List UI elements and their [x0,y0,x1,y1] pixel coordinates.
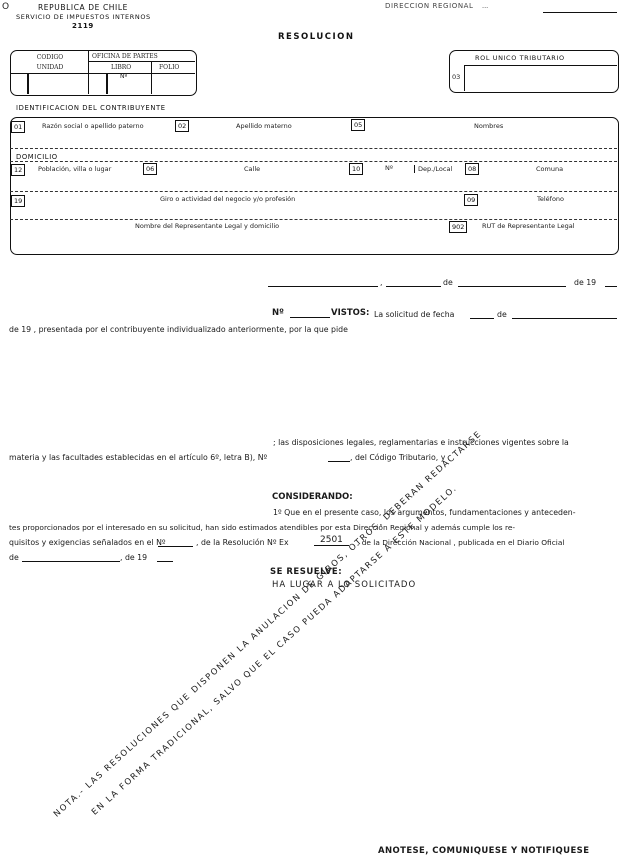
code-19: 19 [11,195,25,207]
code-02: 02 [175,120,189,132]
vistos-line-1: La solicitud de fecha [374,310,454,319]
rut-code: 03 [452,73,460,81]
pide-input[interactable] [9,340,617,430]
code-08: 08 [465,163,479,175]
razon-social-label: Razón social o apellido paterno [42,122,144,130]
oficina-partes-label: OFICINA DE PARTES [92,53,158,60]
domicilio-title: DOMICILIO [16,153,58,161]
diario-year-field[interactable] [157,561,173,562]
solicitud-day-field[interactable] [470,318,494,319]
resolution-no-label: Nº [272,308,284,318]
solicitud-month-field[interactable] [512,318,617,319]
month-field[interactable] [458,286,566,287]
numero-label: Nº [120,73,127,80]
domicilio-input[interactable] [14,176,614,189]
year-field[interactable] [605,286,617,287]
letra-numero-field[interactable] [328,461,350,462]
representante-input[interactable] [14,232,614,250]
folio-label: FOLIO [159,64,179,71]
regional-dots: ... [482,2,488,10]
vistos-line-4a: materia y las facultades establecidas en… [9,453,267,462]
code-06: 06 [143,163,157,175]
considerando-line-3a: quisitos y exigencias señalados en el Nº [9,538,166,547]
agency-name: SERVICIO DE IMPUESTOS INTERNOS [16,13,151,21]
vistos-line-3: ; las disposiciones legales, reglamentar… [273,438,569,447]
poblacion-label: Población, villa o lugar [38,165,111,173]
row3-line [10,219,617,220]
regional-label: DIRECCION REGIONAL [385,2,474,10]
razon-social-input[interactable] [14,133,614,146]
code-12: 12 [11,164,25,176]
day-field[interactable] [386,286,441,287]
considerando-title: CONSIDERANDO: [272,492,353,502]
considerando-line-4a: de [9,553,19,562]
regional-field[interactable] [543,12,617,13]
office-field-2[interactable] [106,74,108,94]
date-de-19: de 19 [574,278,596,287]
form-number: 2119 [72,22,94,30]
contribuyente-section-title: IDENTIFICACION DEL CONTRIBUYENTE [16,104,166,112]
considerando-line-2: tes proporcionados por el interesado en … [9,523,515,532]
row2-line [10,191,617,192]
considerando-line-4b: , de 19 [120,553,147,562]
giro-label: Giro o actividad del negocio y/o profesi… [160,195,295,203]
apellido-materno-label: Apellido materno [236,122,292,130]
comuna-label: Comuna [536,165,563,173]
office-divider-2 [151,61,152,94]
rut-code-divider [464,65,465,91]
country-name: REPUBLICA DE CHILE [38,3,128,12]
resolution-number[interactable]: 2501 [314,535,349,546]
office-row-line [10,73,195,74]
codigo-unidad-label: CODIGO UNIDAD [30,53,70,73]
representante-label: Nombre del Representante Legal y domicil… [135,222,279,230]
date-de-1: de [443,278,453,287]
date-comma: , [380,278,382,287]
dep-local-label: Dep./Local [414,165,452,173]
rut-input[interactable] [466,66,614,90]
rut-representante-label: RUT de Representante Legal [482,222,575,230]
code-05: 05 [351,119,365,131]
place-field[interactable] [268,286,378,287]
row1-line [10,148,617,149]
libro-label: LIBRO [111,64,131,71]
office-divider-1 [88,50,89,94]
office-sub-line [88,61,195,62]
resolution-no-field[interactable] [290,317,330,318]
corner-mark: O [2,2,9,12]
stamp-note-line-1: NOTA.- LAS RESOLUCIONES QUE DISPONEN LA … [52,429,484,819]
vistos-label: VISTOS: [331,308,369,318]
giro-input[interactable] [30,205,610,216]
vistos-de: de [497,310,507,319]
office-field-1[interactable] [27,74,29,94]
rut-title: ROL UNICO TRIBUTARIO [475,54,565,62]
code-01: 01 [11,121,25,133]
diario-date-field[interactable] [22,561,120,562]
considerando-no-field[interactable] [158,546,193,547]
vistos-line-2: de 19 , presentada por el contribuyente … [9,325,348,334]
considerando-line-3b: , de la Resolución Nº Ex [196,538,289,547]
numero-domicilio-label: Nº [385,164,393,172]
nombres-label: Nombres [474,122,503,130]
telefono-label: Teléfono [537,195,564,203]
domicilio-line [10,161,617,162]
stamp-note-line-2: EN LA FORMA TRADICIONAL, SALVO QUE EL CA… [90,483,459,817]
vistos-line-4b: , del Código Tributario, y [350,453,445,462]
calle-label: Calle [244,165,260,173]
closing-formula: ANOTESE, COMUNIQUESE Y NOTIFIQUESE [378,846,589,856]
code-10: 10 [349,163,363,175]
page-title: RESOLUCION [278,32,354,42]
